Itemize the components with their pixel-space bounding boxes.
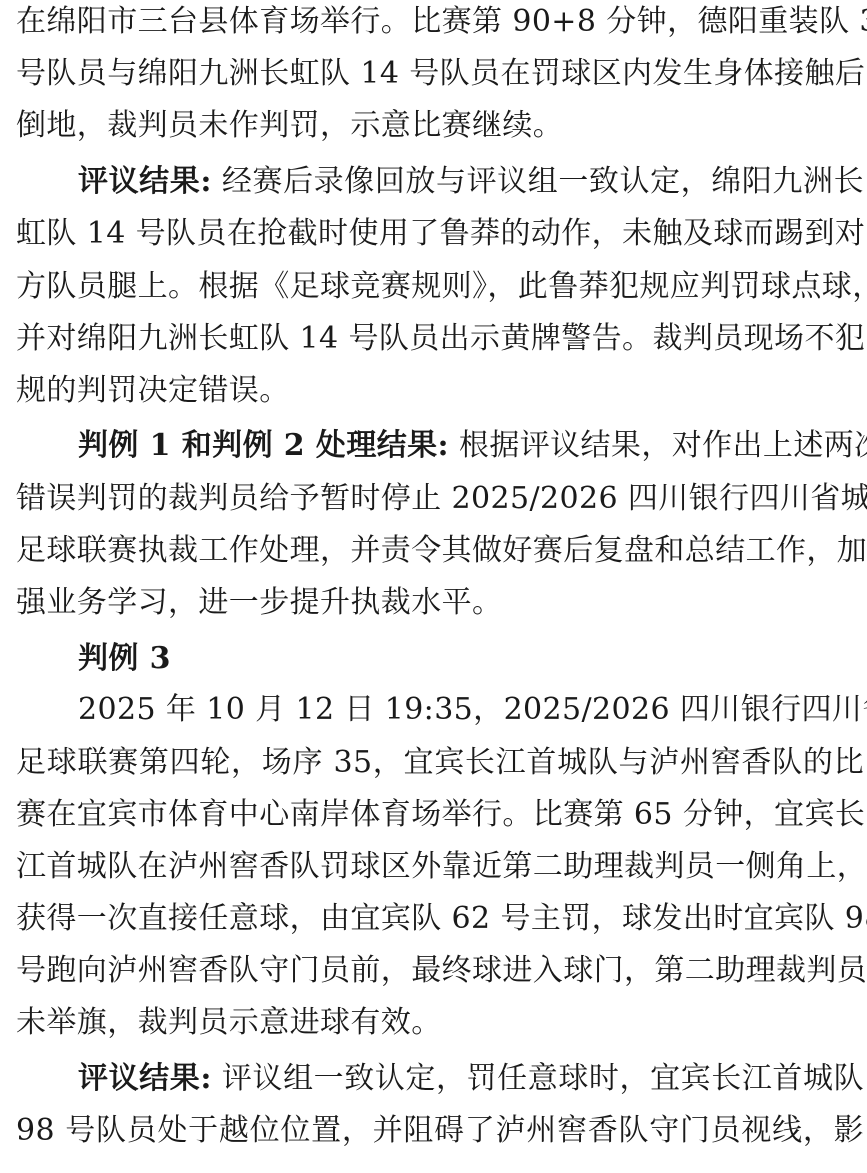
paragraph-line: 未举旗，裁判员示意进球有效。 [16,997,864,1049]
paragraph-line: 错误判罚的裁判员给予暂时停止 2025/2026 四川银行四川省城市 [16,473,864,525]
paragraph-line: 并对绵阳九洲长虹队 14 号队员出示黄牌警告。裁判员现场不犯 [16,313,864,365]
paragraph-line: 倒地，裁判员未作判罚，示意比赛继续。 [16,100,864,152]
paragraph-line: 足球联赛第四轮，场序 35，宜宾长江首城队与泸州窖香队的比 [16,737,864,789]
paragraph-line: 98 号队员处于越位位置，并阻碍了泸州窖香队守门员视线，影 [16,1105,864,1157]
paragraph-line: 获得一次直接任意球，由宜宾队 62 号主罚，球发出时宜宾队 98 [16,893,864,945]
review-result-line: 评议结果: 评议组一致认定，罚任意球时，宜宾长江首城队 [78,1053,864,1105]
paragraph-line: 2025 年 10 月 12 日 19:35，2025/2026 四川银行四川省… [78,684,864,736]
paragraph-line: 号队员与绵阳九洲长虹队 14 号队员在罚球区内发生身体接触后 [16,48,864,100]
paragraph-line: 强业务学习，进一步提升执裁水平。 [16,577,864,629]
review-result-line: 评议结果: 经赛后录像回放与评议组一致认定，绵阳九洲长 [78,156,864,208]
review-result-label: 评议结果: [78,1061,212,1096]
paragraph-text: 根据评议结果，对作出上述两次 [449,428,867,463]
paragraph-text: 经赛后录像回放与评议组一致认定，绵阳九洲长 [212,164,864,199]
handling-result-label: 判例 1 和判例 2 处理结果: [78,428,449,463]
paragraph-line: 在绵阳市三台县体育场举行。比赛第 90+8 分钟，德阳重装队 35 [16,0,864,48]
handling-result-line: 判例 1 和判例 2 处理结果: 根据评议结果，对作出上述两次 [78,420,864,472]
paragraph-line: 足球联赛执裁工作处理，并责令其做好赛后复盘和总结工作，加 [16,525,864,577]
paragraph-line: 方队员腿上。根据《足球竞赛规则》，此鲁莽犯规应判罚球点球， [16,261,864,313]
paragraph-line: 号跑向泸州窖香队守门员前，最终球进入球门，第二助理裁判员 [16,945,864,997]
paragraph-text: 评议组一致认定，罚任意球时，宜宾长江首城队 [212,1061,864,1096]
paragraph-line: 江首城队在泸州窖香队罚球区外靠近第二助理裁判员一侧角上， [16,841,864,893]
paragraph-line: 虹队 14 号队员在抢截时使用了鲁莽的动作，未触及球而踢到对 [16,208,864,260]
review-result-label: 评议结果: [78,164,212,199]
paragraph-line: 规的判罚决定错误。 [16,365,864,417]
case-3-heading: 判例 3 [78,633,864,685]
paragraph-line: 赛在宜宾市体育中心南岸体育场举行。比赛第 65 分钟，宜宾长 [16,789,864,841]
